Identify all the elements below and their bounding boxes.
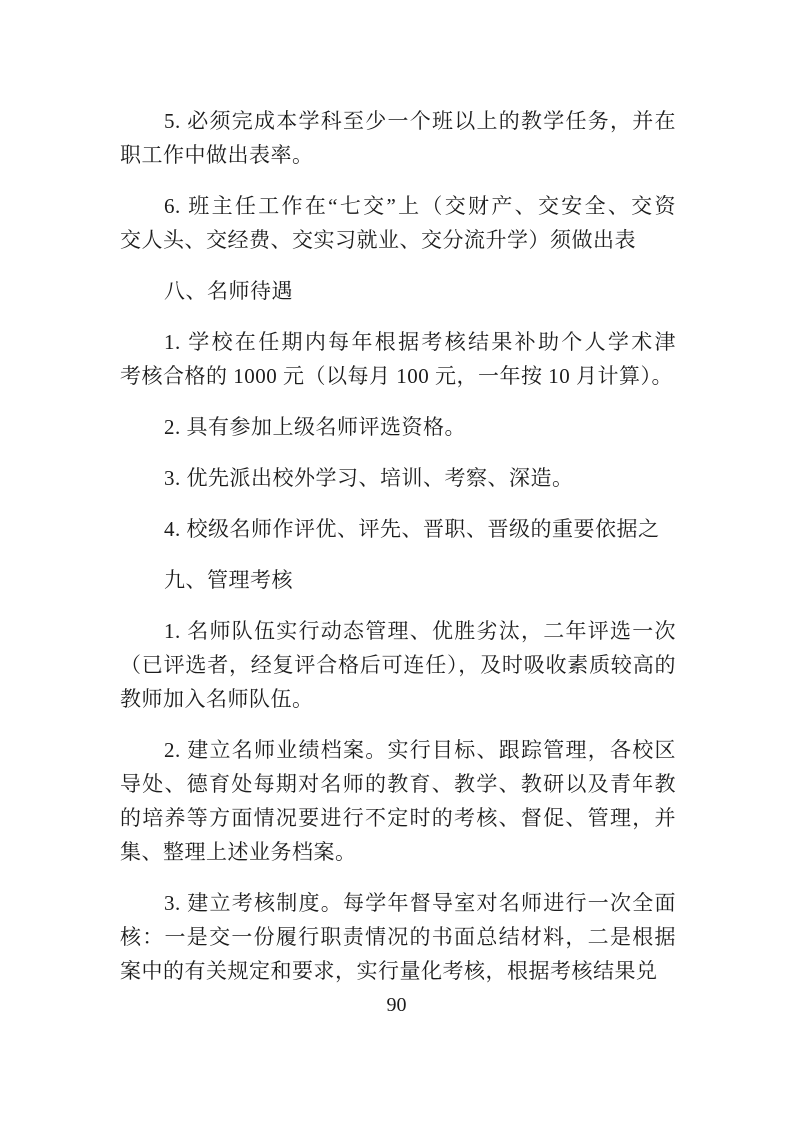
text-line: 集、整理上述业务档案。 — [120, 835, 676, 869]
paragraph: 5. 必须完成本学科至少一个班以上的教学任务，并在本职工作中做出表率。 — [120, 104, 676, 172]
paragraph: 1. 学校在任期内每年根据考核结果补助个人学术津贴，考核合格的 1000 元（以… — [120, 325, 676, 393]
text-line: 6. 班主任工作在“七交”上（交财产、交安全、交资料、 — [120, 189, 676, 223]
document-body: 5. 必须完成本学科至少一个班以上的教学任务，并在本职工作中做出表率。6. 班主… — [120, 104, 676, 1005]
paragraph: 2. 具有参加上级名师评选资格。 — [120, 410, 676, 444]
text-line: 1. 名师队伍实行动态管理、优胜劣汰，二年评选一次 — [120, 614, 676, 648]
text-line: 核：一是交一份履行职责情况的书面总结材料，二是根据方 — [120, 920, 676, 954]
text-line: 交人头、交经费、交实习就业、交分流升学）须做出表率。 — [120, 223, 676, 257]
text-line: 2. 建立名师业绩档案。实行目标、跟踪管理，各校区教 — [120, 733, 676, 767]
paragraph: 3. 优先派出校外学习、培训、考察、深造。 — [120, 461, 676, 495]
text-line: 4. 校级名师作评优、评先、晋职、晋级的重要依据之一。 — [120, 512, 676, 546]
paragraph: 3. 建立考核制度。每学年督导室对名师进行一次全面考核：一是交一份履行职责情况的… — [120, 886, 676, 988]
text-line: 的培养等方面情况要进行不定时的考核、督促、管理，并收 — [120, 801, 676, 835]
heading: 九、管理考核 — [120, 563, 676, 597]
text-line: 职工作中做出表率。 — [120, 138, 676, 172]
paragraph: 6. 班主任工作在“七交”上（交财产、交安全、交资料、交人头、交经费、交实习就业… — [120, 189, 676, 257]
text-line: 八、名师待遇 — [120, 274, 676, 308]
text-line: 考核合格的 1000 元（以每月 100 元，一年按 10 月计算）。 — [120, 359, 676, 393]
text-line: 3. 优先派出校外学习、培训、考察、深造。 — [120, 461, 676, 495]
page-number: 90 — [0, 990, 793, 1020]
document-page: 5. 必须完成本学科至少一个班以上的教学任务，并在本职工作中做出表率。6. 班主… — [0, 0, 793, 1122]
text-line: （已评选者，经复评合格后可连任），及时吸收素质较高的 — [120, 648, 676, 682]
paragraph: 2. 建立名师业绩档案。实行目标、跟踪管理，各校区教导处、德育处每期对名师的教育… — [120, 733, 676, 869]
text-line: 九、管理考核 — [120, 563, 676, 597]
paragraph: 1. 名师队伍实行动态管理、优胜劣汰，二年评选一次（已评选者，经复评合格后可连任… — [120, 614, 676, 716]
text-line: 3. 建立考核制度。每学年督导室对名师进行一次全面考 — [120, 886, 676, 920]
text-line: 案中的有关规定和要求，实行量化考核，根据考核结果兑现 — [120, 954, 676, 988]
text-line: 2. 具有参加上级名师评选资格。 — [120, 410, 676, 444]
heading: 八、名师待遇 — [120, 274, 676, 308]
text-line: 5. 必须完成本学科至少一个班以上的教学任务，并在本 — [120, 104, 676, 138]
paragraph: 4. 校级名师作评优、评先、晋职、晋级的重要依据之一。 — [120, 512, 676, 546]
text-line: 1. 学校在任期内每年根据考核结果补助个人学术津贴， — [120, 325, 676, 359]
text-line: 教师加入名师队伍。 — [120, 682, 676, 716]
text-line: 导处、德育处每期对名师的教育、教学、教研以及青年教师 — [120, 767, 676, 801]
